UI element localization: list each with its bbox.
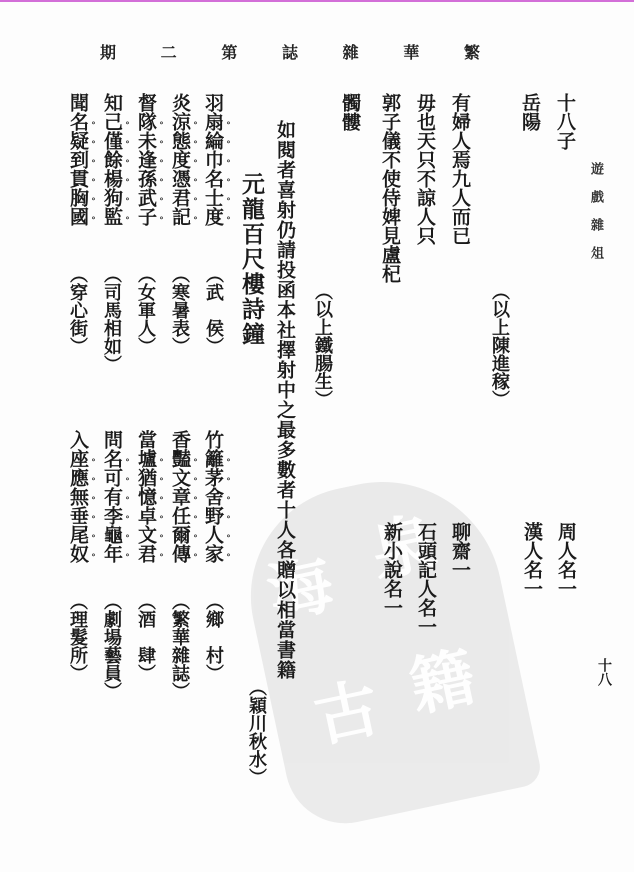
verse-line: 問名∘可∘有∘李∘龜∘年∘: [102, 430, 121, 563]
header-char: 繁: [464, 40, 480, 64]
verse-topic: （酒 肆）: [136, 592, 154, 682]
section-label: 遊戲雜俎: [589, 162, 602, 274]
running-header: 繁 華 雜 誌 第 二 期: [100, 40, 480, 64]
header-char: 第: [221, 40, 237, 64]
verse-line: 聞名∘疑∘到∘貫∘胸∘國∘: [68, 93, 87, 226]
watermark-glyph: 籍: [401, 626, 483, 729]
riddle-question: 郭子儀不使侍婢見盧杞: [380, 93, 399, 283]
watermark-glyph: 海: [258, 533, 340, 636]
verse-topic: （劇場藝員）: [102, 592, 120, 700]
verse-line: 督隊∘未∘逢∘孫∘武∘子∘: [136, 93, 155, 226]
header-char: 二: [161, 40, 177, 64]
poem-author: （穎川秋水）: [247, 678, 265, 786]
verse-topic: （繁華雜誌）: [170, 592, 188, 700]
verse-line: 竹籬∘茅∘舍∘野∘人∘家∘: [203, 430, 222, 563]
header-char: 華: [403, 40, 419, 64]
verse-topic: （女軍人）: [136, 265, 154, 355]
verse-topic: （武 侯）: [204, 265, 222, 355]
riddle-question: 毋也天只不諒人只: [415, 93, 434, 245]
verse-line: 當壚∘猶∘憶∘卓∘文∘君∘: [136, 430, 155, 563]
riddle-question: 髑髏: [340, 93, 359, 131]
verse-topic: （理髮所）: [68, 592, 86, 682]
verse-line: 羽扇∘綸∘巾∘名∘士∘度∘: [203, 93, 222, 226]
riddle-answer: 周人名一: [556, 522, 575, 598]
riddle-question: 有婦人焉九人而已: [450, 93, 469, 245]
riddle-answer: 新小說名一: [382, 522, 401, 617]
verse-line: 香豔∘文∘章∘任∘爾∘傳∘: [170, 430, 189, 563]
header-char: 誌: [282, 40, 298, 64]
riddle-answer: 漢人名一: [522, 522, 541, 598]
verse-topic: （寒暑表）: [170, 265, 188, 355]
riddle-answer: 石頭記人名一: [416, 522, 435, 636]
verse-line: 入座∘應∘無∘垂∘尾∘奴∘: [68, 430, 87, 563]
riddle-answer: 岳陽: [520, 93, 539, 131]
poem-title: 元龍百尺樓詩鐘: [240, 172, 263, 347]
document-page: 海 泉 古 籍 繁 華 雜 誌 第 二 期 遊戲雜俎 十八 十八子 岳陽 有婦人…: [0, 2, 634, 872]
page-number: 十八: [597, 658, 611, 686]
verse-topic: （司馬相如）: [102, 265, 120, 373]
header-char: 期: [100, 40, 116, 64]
riddle-credit: （以上陳進稼）: [490, 282, 508, 408]
header-char: 雜: [343, 40, 359, 64]
riddle-credit: （以上鐵腸生）: [313, 282, 331, 408]
riddle-answer: 聊齋一: [450, 522, 469, 579]
watermark-glyph: 古: [305, 656, 387, 759]
verse-line: 知己∘僅∘餘∘楊∘狗∘監∘: [102, 93, 121, 226]
riddle-question: 十八子: [555, 93, 574, 150]
verse-topic: （穿心街）: [68, 265, 86, 355]
notice-text: 如閱者喜射仍請投函本社擇射中之最多數者十人各贈以相當書籍: [275, 120, 294, 680]
verse-topic: （鄉 村）: [204, 592, 222, 682]
verse-line: 炎涼∘態∘度∘憑∘君∘記∘: [170, 93, 189, 226]
